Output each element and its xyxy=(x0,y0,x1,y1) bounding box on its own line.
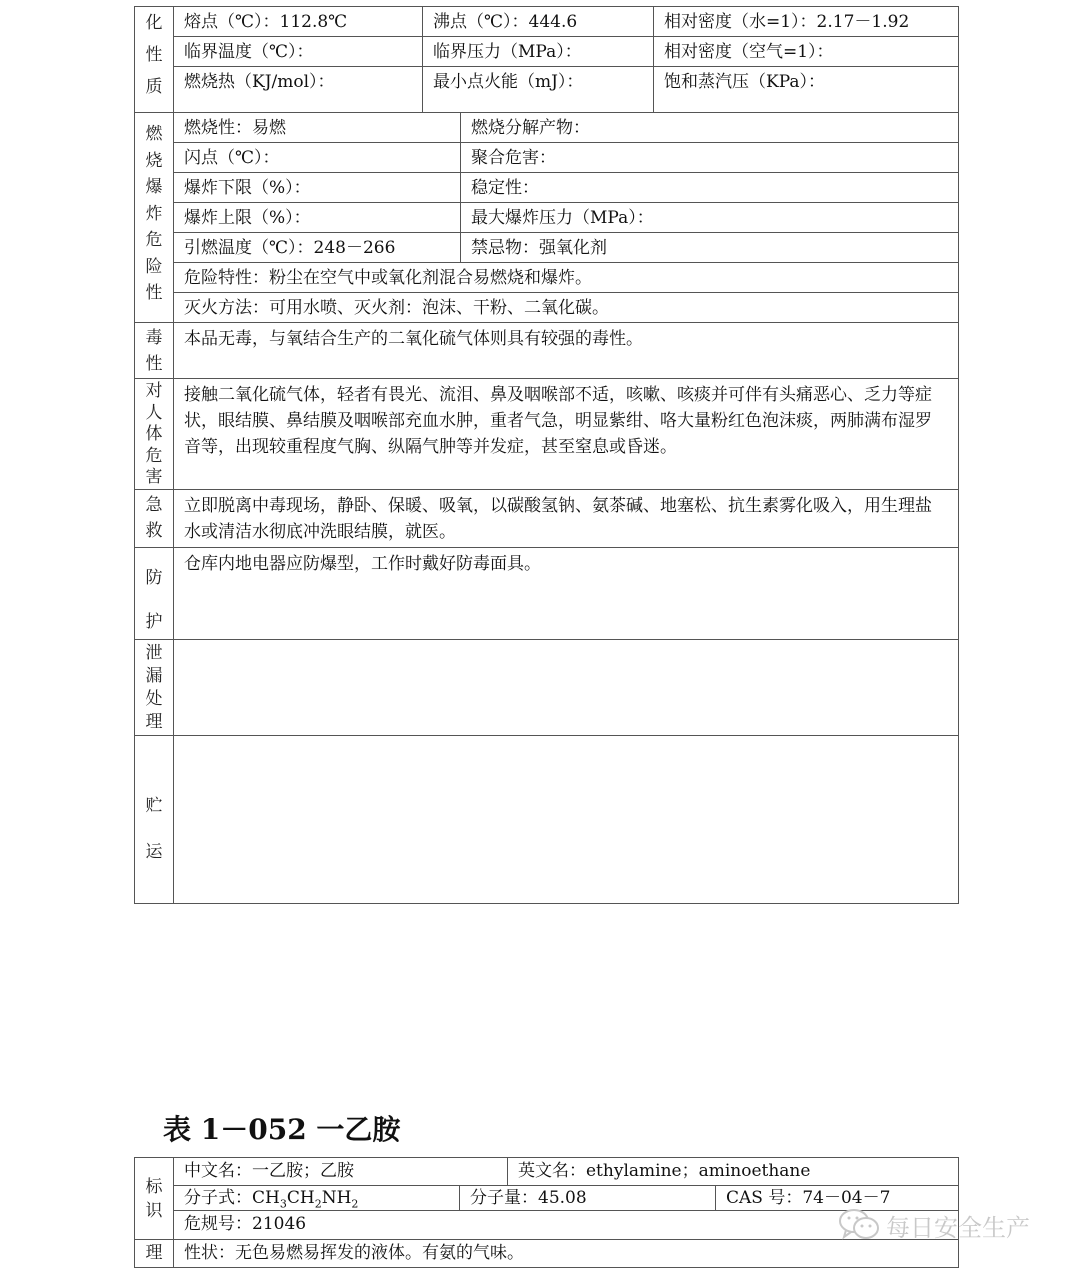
watermark-text: 每日安全生产 xyxy=(886,1208,1030,1243)
hazard-table-1: 化 性 质 熔点（℃）：112.8℃ 沸点（℃）：444.6 相对密度（水=1）… xyxy=(134,6,959,904)
label-char: 烧 xyxy=(135,148,173,175)
formula-part: CH xyxy=(287,1188,315,1208)
storage-transport-text xyxy=(174,736,958,903)
upper-explosive-limit: 爆炸上限（%）： xyxy=(174,203,461,233)
label-char: 防 xyxy=(135,566,173,590)
formula-subscript: 3 xyxy=(280,1197,287,1210)
section-label-physical: 理 xyxy=(135,1240,174,1267)
section-label-chem-props: 化 性 质 xyxy=(135,7,174,113)
label-char: 标 xyxy=(135,1175,173,1199)
incompatible-materials: 禁忌物：强氧化剂 xyxy=(461,233,958,263)
chinese-name: 中文名：一乙胺；乙胺 xyxy=(174,1158,508,1186)
formula-part: CH xyxy=(252,1188,280,1208)
hazard-table-2: 标 识 中文名：一乙胺；乙胺 英文名：ethylamine；aminoethan… xyxy=(134,1157,959,1268)
leak-handling-text xyxy=(174,640,958,736)
hazard-characteristics: 危险特性：粉尘在空气中或氧化剂混合易燃烧和爆炸。 xyxy=(174,263,958,293)
stability: 稳定性： xyxy=(461,173,958,203)
protection-text: 仓库内地电器应防爆型，工作时戴好防毒面具。 xyxy=(174,548,958,640)
label-char: 毒 xyxy=(135,325,173,351)
label-char: 体 xyxy=(135,424,173,446)
combustion-products: 燃烧分解产物： xyxy=(461,113,958,143)
section-label-storage-transport: 贮 运 xyxy=(135,736,174,903)
molecular-weight: 分子量：45.08 xyxy=(460,1186,716,1211)
label-char: 燃 xyxy=(135,121,173,148)
critical-temperature: 临界温度（℃）： xyxy=(174,37,423,67)
autoignition-temperature: 引燃温度（℃）：248－266 xyxy=(174,233,461,263)
label-char: 害 xyxy=(135,467,173,489)
label-char: 险 xyxy=(135,254,173,281)
section-label-protection: 防 护 xyxy=(135,548,174,640)
formula-subscript: 2 xyxy=(315,1197,322,1210)
label-char: 处 xyxy=(135,688,173,711)
label-char: 炸 xyxy=(135,201,173,228)
extinguishing-method: 灭火方法：可用水喷、灭火剂：泡沫、干粉、二氧化碳。 xyxy=(174,293,958,323)
appearance-text: 性状：无色易燃易挥发的液体。有氨的气味。 xyxy=(174,1240,958,1267)
saturated-vapor-pressure: 饱和蒸汽压（KPa）： xyxy=(654,67,958,113)
label-char: 化 xyxy=(135,11,173,35)
label-char: 运 xyxy=(135,840,173,864)
toxicity-text: 本品无毒，与氧结合生产的二氧化硫气体则具有较强的毒性。 xyxy=(174,323,958,379)
section-label-fire-hazard: 燃 烧 爆 炸 危 险 性 xyxy=(135,113,174,323)
heat-of-combustion: 燃烧热（KJ/mol）： xyxy=(174,67,423,113)
melting-point: 熔点（℃）：112.8℃ xyxy=(174,7,423,37)
first-aid-text: 立即脱离中毒现场，静卧、保暖、吸氧，以碳酸氢钠、氨茶碱、地塞松、抗生素雾化吸入，… xyxy=(174,490,958,548)
label-char: 理 xyxy=(135,711,173,734)
english-name: 英文名：ethylamine；aminoethane xyxy=(508,1158,958,1186)
polymerization-hazard: 聚合危害： xyxy=(461,143,958,173)
section-label-toxicity: 毒 性 xyxy=(135,323,174,379)
flammability: 燃烧性：易燃 xyxy=(174,113,461,143)
formula-label: 分子式： xyxy=(184,1188,252,1208)
label-char: 救 xyxy=(135,518,173,544)
wechat-icon xyxy=(838,1207,882,1243)
critical-pressure: 临界压力（MPa）： xyxy=(423,37,654,67)
label-char: 危 xyxy=(135,227,173,254)
section-label-first-aid: 急 救 xyxy=(135,490,174,548)
boiling-point: 沸点（℃）：444.6 xyxy=(423,7,654,37)
label-char: 对 xyxy=(135,381,173,403)
health-hazard-text: 接触二氧化硫气体，轻者有畏光、流泪、鼻及咽喉部不适，咳嗽、咳痰并可伴有头痛恶心、… xyxy=(174,379,958,490)
label-char: 急 xyxy=(135,492,173,518)
table-title: 表 1－052 一乙胺 xyxy=(163,1108,400,1148)
max-explosion-pressure: 最大爆炸压力（MPa）： xyxy=(461,203,958,233)
label-char: 性 xyxy=(135,43,173,67)
label-char: 漏 xyxy=(135,665,173,688)
label-char: 性 xyxy=(135,351,173,377)
formula-part: NH xyxy=(322,1188,352,1208)
label-char: 贮 xyxy=(135,794,173,818)
formula-subscript: 2 xyxy=(351,1197,358,1210)
section-label-identification: 标 识 xyxy=(135,1158,174,1240)
label-char: 爆 xyxy=(135,174,173,201)
label-char: 危 xyxy=(135,446,173,468)
label-char: 识 xyxy=(135,1199,173,1223)
label-char: 护 xyxy=(135,610,173,634)
min-ignition-energy: 最小点火能（mJ）： xyxy=(423,67,654,113)
label-char: 人 xyxy=(135,403,173,425)
label-char: 质 xyxy=(135,75,173,99)
section-label-health-hazard: 对 人 体 危 害 xyxy=(135,379,174,490)
relative-density-air: 相对密度（空气=1）： xyxy=(654,37,958,67)
lower-explosive-limit: 爆炸下限（%）： xyxy=(174,173,461,203)
label-char: 泄 xyxy=(135,642,173,665)
relative-density-water: 相对密度（水=1）：2.17－1.92 xyxy=(654,7,958,37)
section-label-leak-handling: 泄 漏 处 理 xyxy=(135,640,174,736)
watermark: 每日安全生产 xyxy=(838,1207,1030,1243)
molecular-formula: 分子式：CH3CH2NH2 xyxy=(174,1186,460,1211)
flash-point: 闪点（℃）： xyxy=(174,143,461,173)
label-char: 性 xyxy=(135,280,173,307)
